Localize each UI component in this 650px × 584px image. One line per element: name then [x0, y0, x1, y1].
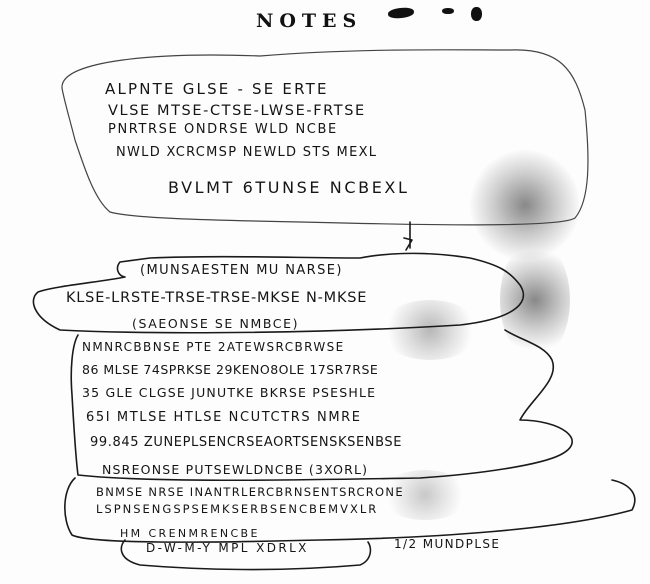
note-line: D-W-M-Y MPL XDRLX: [146, 541, 309, 555]
note-line: 99.845 ZUNEPLSENCRSEAORTSENSKSENBSE: [90, 435, 402, 450]
note-line: LSPNSENGSPSEMKSERBSENCBEMVXLR: [96, 502, 378, 516]
note-line: 1/2 MUNDPLSE: [394, 537, 500, 551]
loop-group-1: [62, 50, 588, 225]
note-line: KLSE-LRSTE-TRSE-TRSE-MKSE N-MKSE: [66, 290, 367, 306]
note-line: BNMSE NRSE INANTRLERCBRNSENTSRCRONE: [96, 485, 404, 499]
note-line: 35 GLE CLGSE JUNUTKE BKRSE PSESHLE: [82, 385, 376, 400]
note-line: 65I MTLSE HTLSE NCUTCTRS NMRE: [86, 410, 362, 425]
note-line: PNRTRSE ONDRSE WLD NCBE: [108, 122, 338, 137]
connector-arrow: [404, 222, 412, 250]
note-line: ALPNTE GLSE - SE ERTE: [105, 80, 329, 98]
note-line: (MUNSAESTEN MU NARSE): [140, 263, 343, 278]
note-line: HM CRENMRENCBE: [120, 527, 260, 540]
note-line: VLSE MTSE-CTSE-LWSE-FRTSE: [108, 103, 366, 119]
note-line: NMNRCBBNSE PTE 2ATEWSRCBRWSE: [82, 340, 345, 354]
note-line: NWLD XCRCMSP NEWLD STS MEXL: [116, 145, 377, 160]
note-line: NSREONSE PUTSEWLDNCBE (3XORL): [102, 462, 368, 477]
note-line: 86 MLSE 74SPRKSE 29KENO8OLE 17SR7RSE: [82, 362, 378, 377]
note-line: BVLMT 6TUNSE NCBEXL: [168, 178, 410, 197]
note-line: (SAEONSE SE NMBCE): [132, 316, 299, 331]
